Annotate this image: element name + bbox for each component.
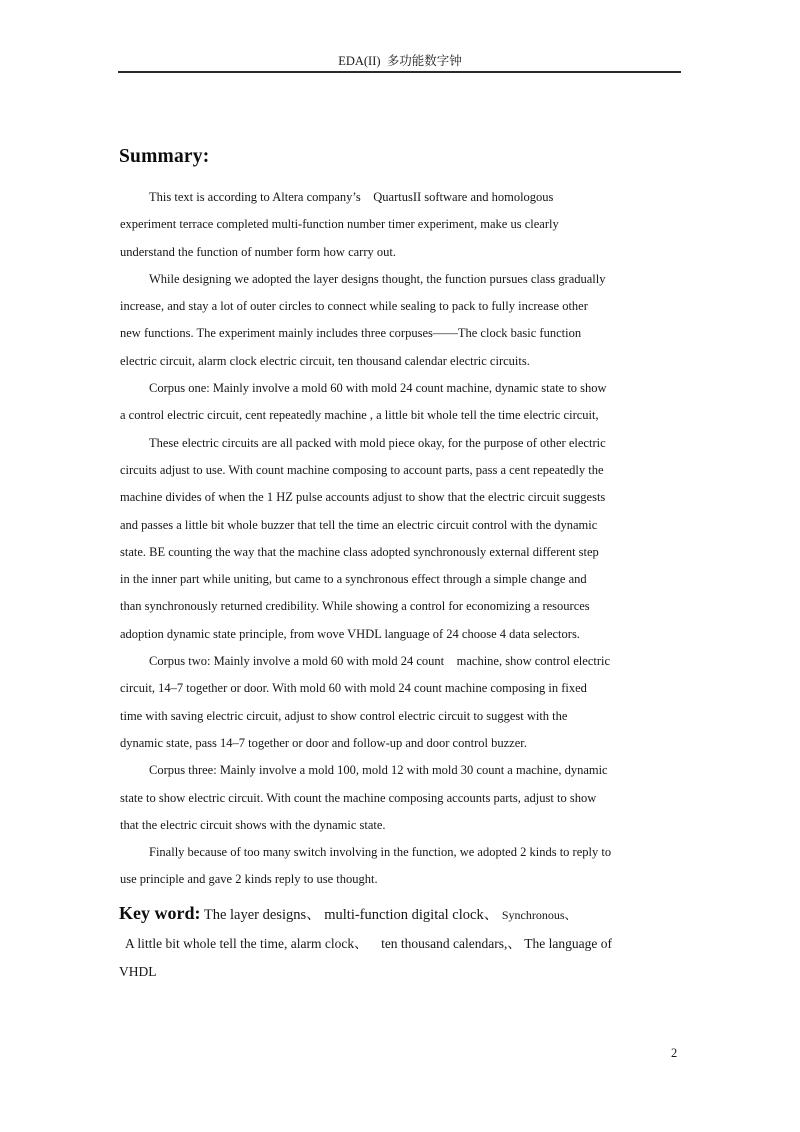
paragraph-design: While designing we adopted the layer des… [120, 266, 698, 375]
keyword-section: Key word: The layer designs、 multi-funct… [119, 898, 699, 986]
paragraph-corpus-two: Corpus two: Mainly involve a mold 60 wit… [120, 648, 698, 757]
paragraph-circuits: These electric circuits are all packed w… [120, 430, 698, 648]
header-title: EDA(II) 多功能数字钟 [0, 51, 800, 69]
keyword-small-term: Synchronous、 [502, 908, 577, 922]
summary-body: This text is according to Altera company… [120, 184, 698, 894]
summary-heading: Summary: [119, 146, 209, 168]
keyword-line-3: VHDL [119, 958, 699, 986]
keyword-main-terms: The layer designs、 multi-function digita… [200, 907, 501, 923]
keyword-line-2: A little bit whole tell the time, alarm … [119, 930, 699, 958]
paragraph-intro: This text is according to Altera company… [120, 184, 698, 266]
header-rule [118, 71, 681, 73]
keyword-line-1: Key word: The layer designs、 multi-funct… [119, 898, 699, 930]
page-number: 2 [671, 1046, 677, 1061]
keyword-label: Key word: [119, 903, 200, 923]
paragraph-corpus-three: Corpus three: Mainly involve a mold 100,… [120, 757, 698, 839]
paragraph-finally: Finally because of too many switch invol… [120, 839, 698, 894]
document-page: EDA(II) 多功能数字钟 Summary: This text is acc… [0, 0, 800, 1132]
paragraph-corpus-one: Corpus one: Mainly involve a mold 60 wit… [120, 375, 698, 430]
